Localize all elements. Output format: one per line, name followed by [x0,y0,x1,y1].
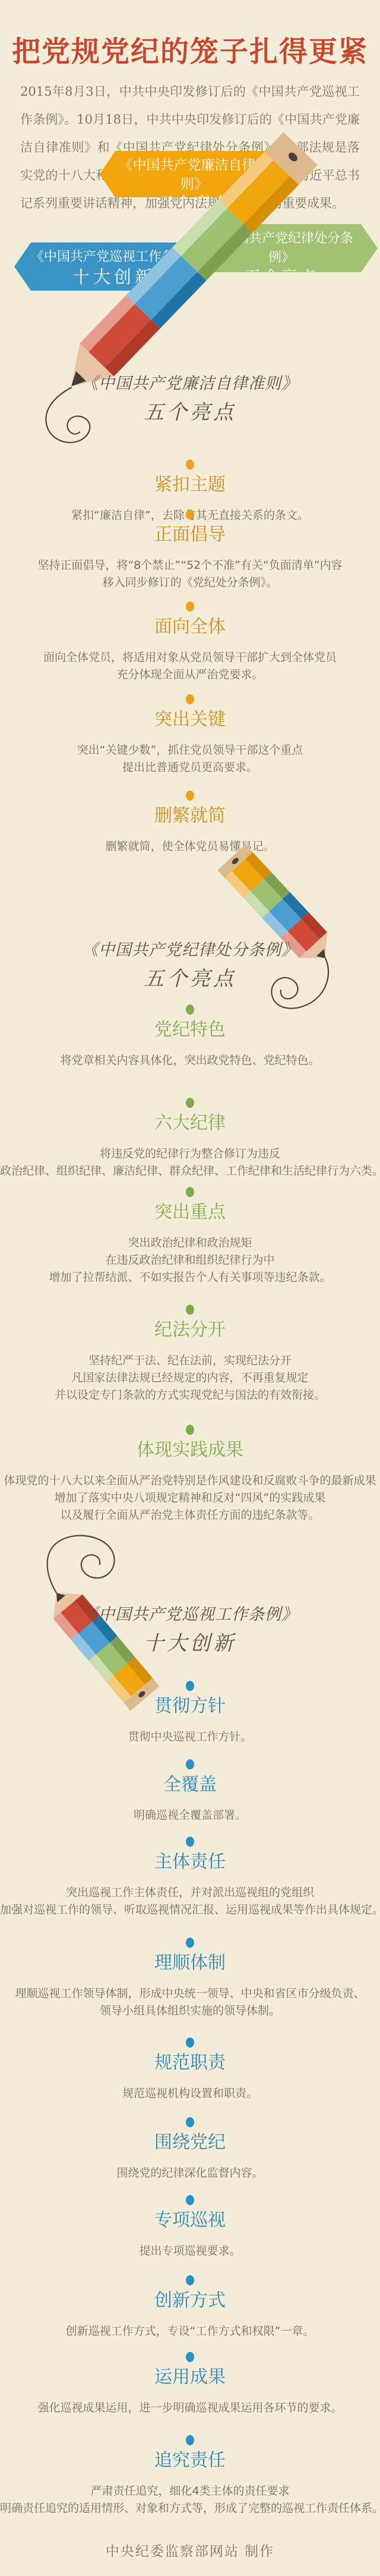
item-body: 贯彻中央巡视工作方针。 [0,1728,380,1746]
item-block: 正面倡导 坚持正面倡导，将“8个禁止”“52个不准”有关“负面清单”内容 移入同… [0,509,380,591]
swirl-doodle [34,1532,129,1596]
item-title: 创新方式 [0,2291,380,2311]
pencil-core-hole [230,857,239,866]
item-title: 紧扣主题 [0,475,380,495]
pencil-core-hole [287,150,299,162]
item-title: 删繁就简 [0,806,380,826]
item-body: 创新巡视工作方式，专设“工作方式和权限”一章。 [0,2323,380,2340]
item-block: 贯彻方针 贯彻中央巡视工作方针。 [0,1681,380,1746]
item-body: 体现党的十八大以来全面从严治党特别是作风建设和反腐败斗争的最新成果 增加了落实中… [0,1472,380,1524]
section-heading-subtitle: 五个亮点 [0,399,380,426]
item-title: 突出重点 [0,1202,380,1223]
section-heading-title: 《中国共产党巡视工作条例》 [0,1604,380,1626]
item-title: 理顺体制 [0,1953,380,1973]
bullet-dot [186,2352,194,2362]
item-block: 六大纪律 将违反党的纪律行为整合修订为违反 政治纪律、组织纪律、廉洁纪律、群众纪… [0,1098,380,1180]
item-title: 围绕党纪 [0,2133,380,2153]
item-block: 围绕党纪 围绕党的纪律深化监督内容。 [0,2117,380,2182]
item-block: 面向全体 面向全体党员，将适用对象从党员领导干部扩大到全体党员 充分体现全面从严… [0,602,380,684]
item-block: 全覆盖 明确巡视全覆盖部署。 [0,1759,380,1824]
item-body: 突出政治纪律和政治规矩 在违反政治纪律和组织纪律行为中 增加了拉帮结派、不如实报… [0,1235,380,1286]
section-heading-subtitle: 十大创新 [0,1630,380,1657]
pencil-core-hole [137,1690,146,1699]
item-title: 纪法分开 [0,1320,380,1340]
item-body: 面向全体党员，将适用对象从党员领导干部扩大到全体党员 充分体现全面从严治党要求。 [0,649,380,684]
bullet-dot [186,2435,194,2445]
banner-subtitle: 五个亮点 [202,267,361,288]
section-heading-subtitle: 五个亮点 [0,966,380,992]
item-title: 追究责任 [0,2451,380,2471]
item-body: 理顺巡视工作领导体制，形成中央统一领导、中央和省区市分级负责、 领导小组具体组织… [0,1985,380,2020]
item-body: 强化巡视成果运用，进一步明确巡视成果运用各环节的要求。 [0,2399,380,2417]
item-title: 贯彻方针 [0,1696,380,1717]
item-block: 创新方式 创新巡视工作方式，专设“工作方式和权限”一章。 [0,2275,380,2340]
item-title: 全覆盖 [0,1775,380,1795]
bullet-dot [186,1305,194,1315]
item-title: 突出关键 [0,710,380,730]
bullet-dot [186,509,194,519]
item-title: 体现实践成果 [0,1440,380,1460]
bullet-dot [186,1187,194,1197]
bullet-dot [186,459,194,470]
section-heading-title: 《中国共产党纪律处分条例》 [0,940,380,961]
item-block: 专项巡视 提出专项巡视要求。 [0,2195,380,2260]
item-body: 突出巡视工作主体责任，并对派出巡视组的党组织 加强对巡视工作的领导、听取巡视情况… [0,1884,380,1919]
bullet-dot [186,2038,194,2048]
bullet-dot [186,1004,194,1015]
bullet-dot [186,2195,194,2205]
page-title: 把党规党纪的笼子扎得更紧 [0,29,380,70]
item-block: 体现实践成果 体现党的十八大以来全面从严治党特别是作风建设和反腐败斗争的最新成果… [0,1425,380,1524]
bullet-dot [186,602,194,612]
item-body: 提出专项巡视要求。 [0,2243,380,2260]
section-heading-3: 《中国共产党巡视工作条例》 十大创新 [0,1604,380,1657]
item-body: 围绕党的纪律深化监督内容。 [0,2165,380,2182]
bullet-dot [186,1098,194,1108]
item-block: 纪法分开 坚持纪严于法、纪在法前，实现纪法分开 凡国家法律法规已经规定的内容，不… [0,1305,380,1404]
item-block: 突出重点 突出政治纪律和政治规矩 在违反政治纪律和组织纪律行为中 增加了拉帮结派… [0,1187,380,1286]
item-title: 规范职责 [0,2053,380,2073]
item-body: 将党章相关内容具体化，突出政党特色、党纪特色。 [0,1052,380,1069]
bullet-dot [186,1759,194,1769]
bullet-dot [186,1837,194,1847]
footer-credit: 中央纪委监察部网站 制作 [0,2540,380,2560]
item-title: 运用成果 [0,2367,380,2388]
item-title: 六大纪律 [0,1113,380,1133]
item-body: 坚持纪严于法、纪在法前，实现纪法分开 凡国家法律法规已经规定的内容，不再重复规定… [0,1352,380,1404]
item-body: 明确巡视全覆盖部署。 [0,1807,380,1824]
item-block: 主体责任 突出巡视工作主体责任，并对派出巡视组的党组织 加强对巡视工作的领导、听… [0,1837,380,1919]
bullet-dot [186,791,194,801]
bullet-dot [186,1425,194,1435]
section-heading-2: 《中国共产党纪律处分条例》 五个亮点 [0,940,380,992]
section-heading-title: 《中国共产党廉洁自律准则》 [0,373,380,395]
infographic-poster: 把党规党纪的笼子扎得更紧 2015年8月3日，中共中央印发修订后的《中国共产党巡… [0,0,380,2576]
item-title: 面向全体 [0,617,380,637]
item-title: 主体责任 [0,1852,380,1872]
item-body: 突出“关键少数”，抓住党员领导干部这个重点 提出比普通党员更高要求。 [0,742,380,776]
bullet-dot [186,1938,194,1948]
item-title: 专项巡视 [0,2210,380,2231]
item-block: 理顺体制 理顺巡视工作领导体制，形成中央统一领导、中央和省区市分级负责、 领导小… [0,1938,380,2020]
bullet-dot [186,694,194,704]
bullet-dot [186,2275,194,2285]
item-title: 正面倡导 [0,525,380,545]
item-body: 将违反党的纪律行为整合修订为违反 政治纪律、组织纪律、廉洁纪律、群众纪律、工作纪… [0,1145,380,1180]
item-body: 规范巡视机构设置和职责。 [0,2085,380,2102]
item-body: 坚持正面倡导，将“8个禁止”“52个不准”有关“负面清单”内容 移入同步修订的《… [0,557,380,591]
bullet-dot [186,1681,194,1691]
item-block: 运用成果 强化巡视成果运用，进一步明确巡视成果运用各环节的要求。 [0,2352,380,2417]
item-block: 突出关键 突出“关键少数”，抓住党员领导干部这个重点 提出比普通党员更高要求。 [0,694,380,776]
item-body: 严肃责任追究，细化4类主体的责任要求 明确责任追究的适用情形、对象和方式等，形成… [0,2483,380,2517]
item-block: 删繁就简 删繁就简，使全体党员易懂易记。 [0,791,380,855]
section-heading-1: 《中国共产党廉洁自律准则》 五个亮点 [0,373,380,426]
item-body: 删繁就简，使全体党员易懂易记。 [0,838,380,855]
bullet-dot [186,2117,194,2127]
item-block: 追究责任 严肃责任追究，细化4类主体的责任要求 明确责任追究的适用情形、对象和方… [0,2435,380,2517]
item-title: 党纪特色 [0,1020,380,1040]
item-block: 规范职责 规范巡视机构设置和职责。 [0,2038,380,2102]
